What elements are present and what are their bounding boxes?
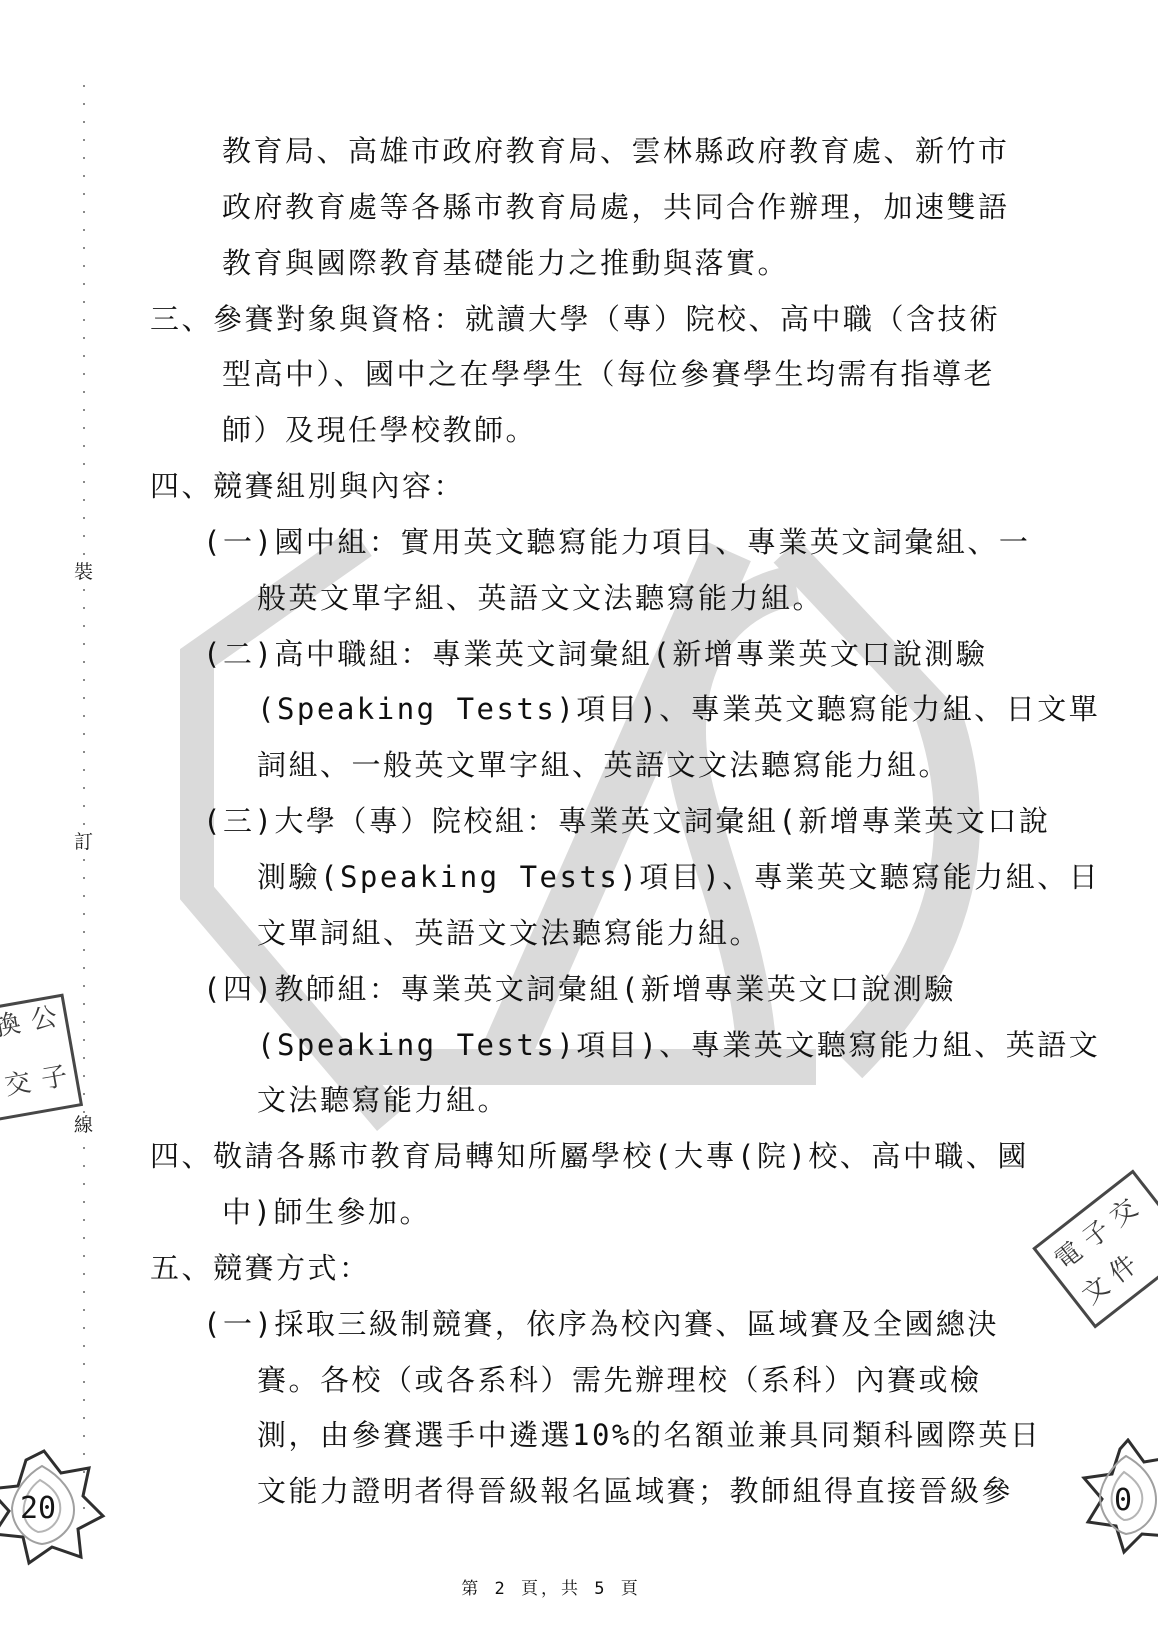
text-line: 詞組、一般英文單字組、英語文文法聽寫能力組。 [0,738,1158,794]
text-line: (Speaking Tests)項目)、專業英文聽寫能力組、日文單 [0,682,1158,738]
scanned-document-page: 裝 訂 線 教育局、高雄市政府教育局、雲林縣政府教育處、新竹市 政府教育處等各縣… [0,0,1158,1649]
text-line-item-5: 五、競賽方式： [0,1241,1158,1297]
page-number-left: 20 [20,1491,56,1526]
text-line-item-4b: 四、敬請各縣市教育局轉知所屬學校(大專(院)校、高中職、國 [0,1129,1158,1185]
rosette-seal-left: 20 [0,1448,107,1566]
text-line-subitem-1b: (一)採取三級制競賽，依序為校內賽、區域賽及全國總決 [0,1297,1158,1353]
text-line: 文能力證明者得晉級報名區域賽；教師組得直接晉級參 [0,1464,1158,1520]
text-line-subitem-3: (三)大學（專）院校組：專業英文詞彙組(新增專業英文口說 [0,794,1158,850]
text-line: 文單詞組、英語文文法聽寫能力組。 [0,906,1158,962]
text-line-subitem-4: (四)教師組：專業英文詞彙組(新增專業英文口說測驗 [0,962,1158,1018]
text-line: 中)師生參加。 [0,1185,1158,1241]
text-line: 賽。各校（或各系科）需先辦理校（系科）內賽或檢 [0,1353,1158,1409]
text-line: (Speaking Tests)項目)、專業英文聽寫能力組、英語文 [0,1018,1158,1074]
text-line-subitem-2: (二)高中職組：專業英文詞彙組(新增專業英文口說測驗 [0,627,1158,683]
text-line: 政府教育處等各縣市教育局處，共同合作辦理，加速雙語 [0,180,1158,236]
text-line-item-3: 三、參賽對象與資格：就讀大學（專）院校、高中職（含技術 [0,292,1158,348]
document-body: 教育局、高雄市政府教育局、雲林縣政府教育處、新竹市 政府教育處等各縣市教育局處，… [0,124,1158,1520]
text-line: 型高中）、國中之在學學生（每位參賽學生均需有指導老 [0,347,1158,403]
text-line: 測驗(Speaking Tests)項目)、專業英文聽寫能力組、日 [0,850,1158,906]
text-line-item-4: 四、競賽組別與內容： [0,459,1158,515]
text-line: 教育與國際教育基礎能力之推動與落實。 [0,236,1158,292]
rosette-seal-right: 0 [1078,1438,1158,1556]
text-line: 般英文單字組、英語文文法聽寫能力組。 [0,571,1158,627]
page-number-right: 0 [1114,1483,1132,1518]
text-line: 師）及現任學校教師。 [0,403,1158,459]
text-line: 教育局、高雄市政府教育局、雲林縣政府教育處、新竹市 [0,124,1158,180]
binding-mark-ding: 訂 [74,830,93,856]
text-line: 文法聽寫能力組。 [0,1073,1158,1129]
text-line-subitem-1: (一)國中組：實用英文聽寫能力項目、專業英文詞彙組、一 [0,515,1158,571]
page-footer: 第 2 頁，共 5 頁 [0,1574,1102,1599]
text-line: 測，由參賽選手中遴選10%的名額並兼具同類科國際英日 [0,1408,1158,1464]
binding-mark-zhuang: 裝 [74,560,93,586]
binding-mark-xian: 線 [74,1113,93,1139]
